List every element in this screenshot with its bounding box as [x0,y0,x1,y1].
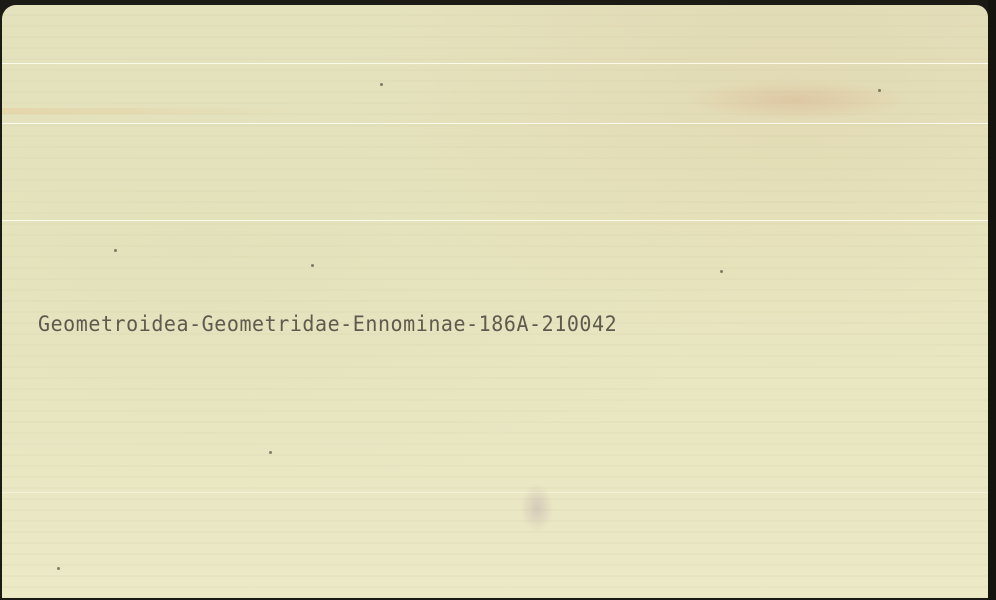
card-rule-line [2,63,988,64]
discoloration-band [2,108,302,114]
dust-speck [720,270,723,273]
dust-speck [269,451,272,454]
faded-stamp-mark [682,80,912,120]
taxonomy-label: Geometroidea-Geometridae-Ennominae-186A-… [38,311,617,336]
card-rule-line [2,492,988,493]
dust-speck [311,264,314,267]
scanned-image: Geometroidea-Geometridae-Ennominae-186A-… [0,0,996,600]
dust-speck [57,567,60,570]
scan-border [988,0,996,600]
dust-speck [114,249,117,252]
ink-smudge [520,483,554,533]
index-card: Geometroidea-Geometridae-Ennominae-186A-… [2,5,988,598]
card-rule-line [2,220,988,221]
dust-speck [878,89,881,92]
dust-speck [380,83,383,86]
card-rule-line [2,123,988,124]
